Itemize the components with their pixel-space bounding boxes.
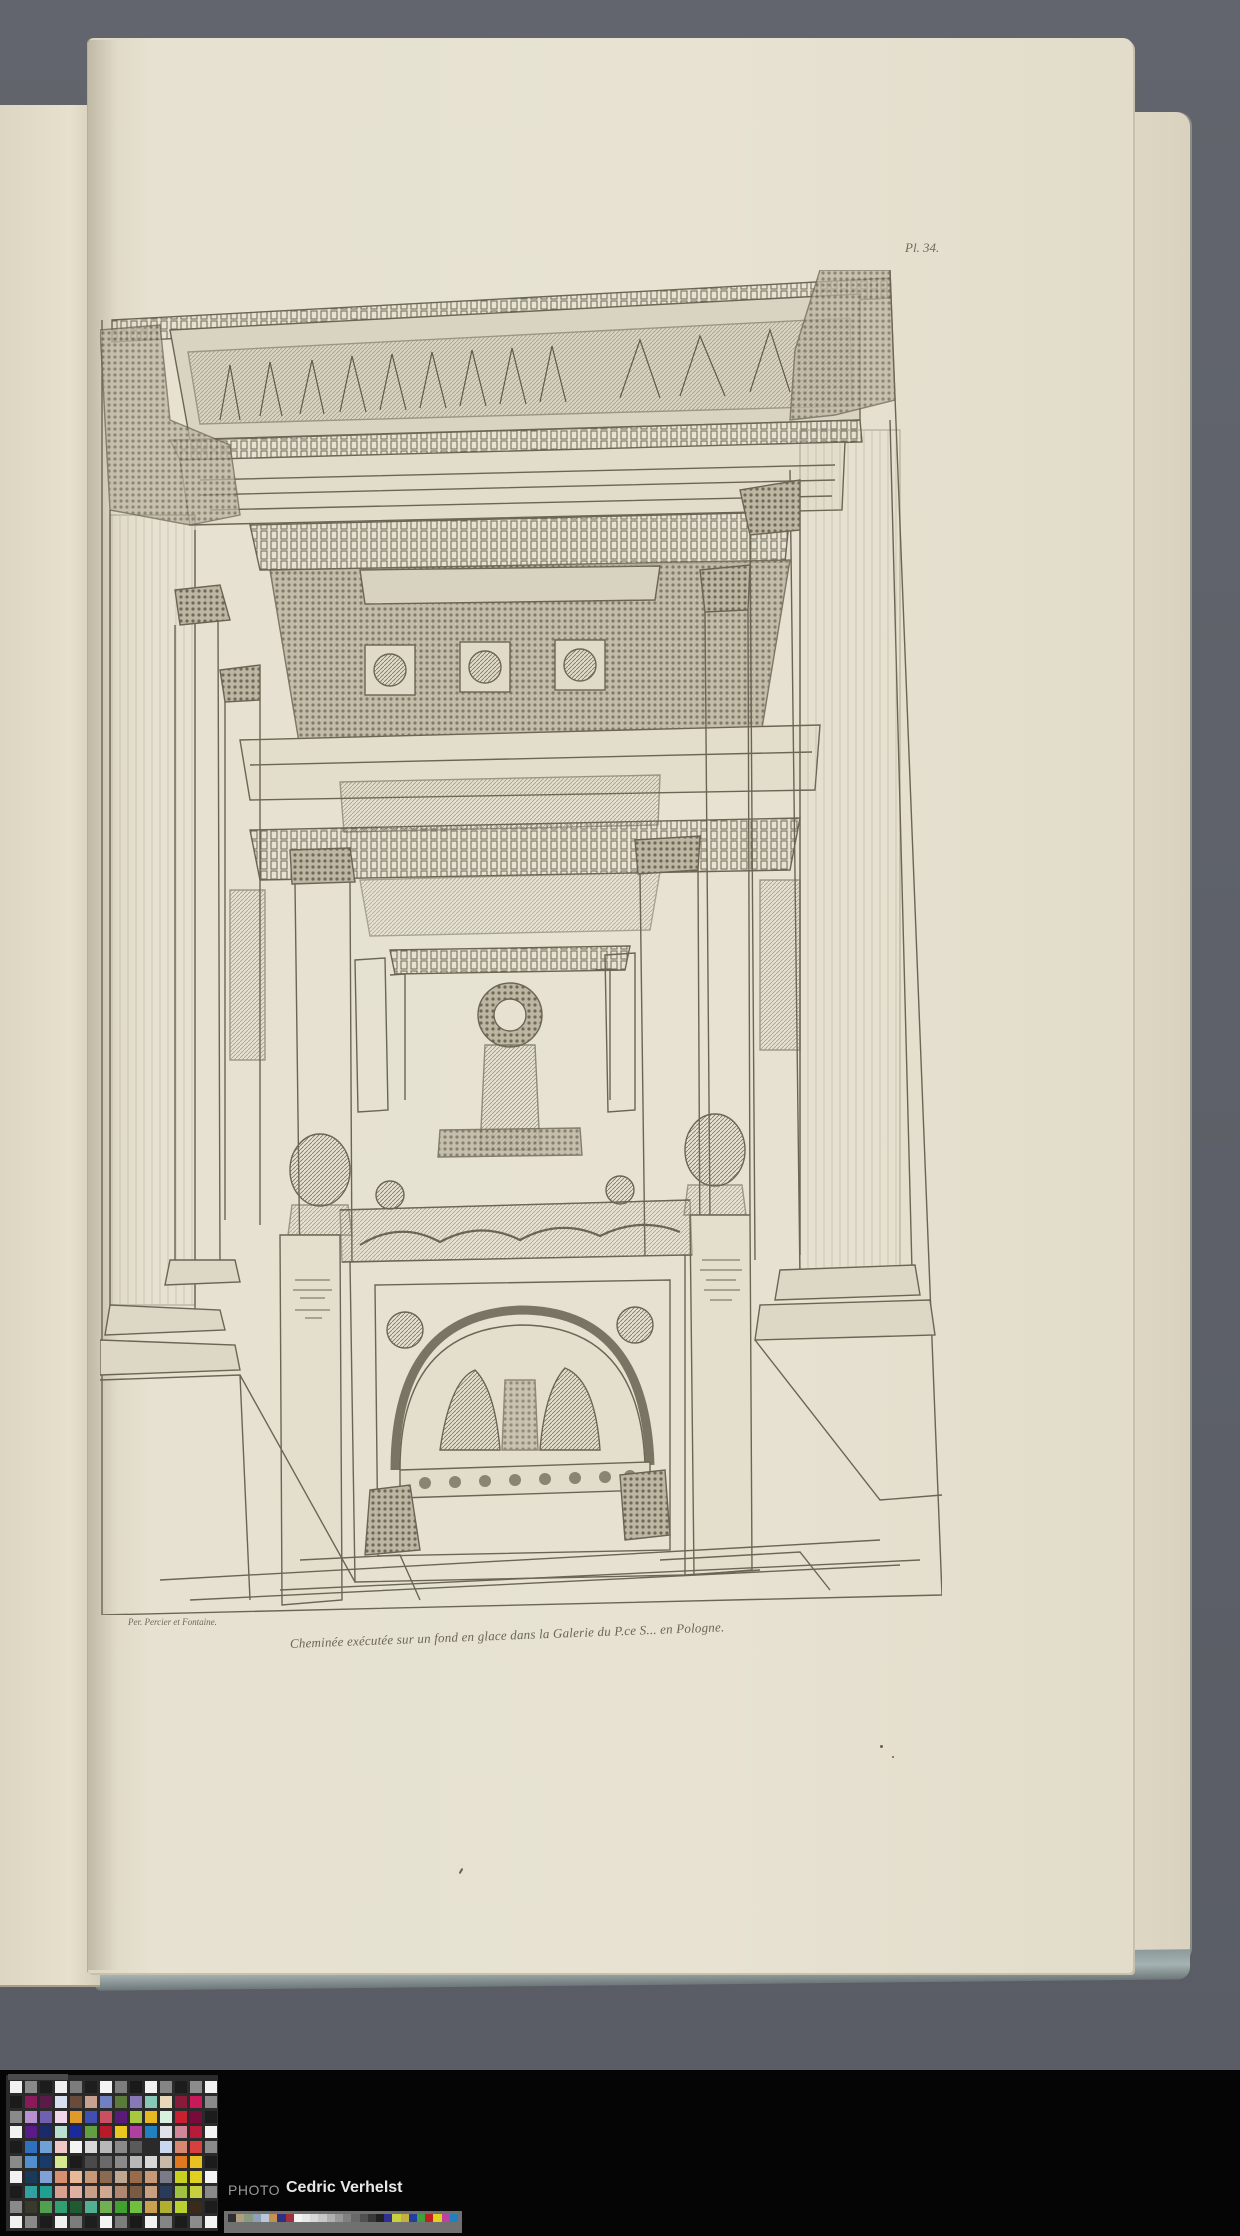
gray-scale-patch [327, 2214, 335, 2222]
color-patch [115, 2096, 127, 2108]
color-patch [160, 2201, 172, 2213]
color-patch [145, 2126, 157, 2138]
gray-scale-patch [401, 2214, 409, 2222]
color-patch [130, 2216, 142, 2228]
color-patch [85, 2081, 97, 2093]
color-patch [25, 2081, 37, 2093]
color-patch [40, 2201, 52, 2213]
color-patch [175, 2126, 187, 2138]
color-patch [145, 2186, 157, 2198]
color-patch [145, 2081, 157, 2093]
color-patch [70, 2111, 82, 2123]
color-patch [115, 2171, 127, 2183]
gray-scale-patch [318, 2214, 326, 2222]
color-patch [85, 2141, 97, 2153]
color-patch [85, 2156, 97, 2168]
gray-scale-patch [294, 2214, 302, 2222]
color-patch [85, 2096, 97, 2108]
color-patch [145, 2141, 157, 2153]
gray-scale-patch [244, 2214, 252, 2222]
color-patch [10, 2126, 22, 2138]
color-patch [190, 2111, 202, 2123]
color-patch [55, 2141, 67, 2153]
color-patch [175, 2156, 187, 2168]
color-patch [100, 2156, 112, 2168]
color-patch [70, 2141, 82, 2153]
color-patch [130, 2201, 142, 2213]
gray-scale-patch [360, 2214, 368, 2222]
gray-scale-patch [409, 2214, 417, 2222]
color-patch [100, 2171, 112, 2183]
color-patch [40, 2171, 52, 2183]
color-patch [145, 2201, 157, 2213]
gray-scale-patch [302, 2214, 310, 2222]
color-patch [190, 2126, 202, 2138]
color-patch [130, 2186, 142, 2198]
color-patch [10, 2186, 22, 2198]
color-patch [160, 2111, 172, 2123]
gray-scale-patch [442, 2214, 450, 2222]
color-patch [10, 2081, 22, 2093]
color-patch [85, 2186, 97, 2198]
plate-number: Pl. 34. [905, 240, 939, 256]
color-patch [55, 2186, 67, 2198]
gray-scale-patch [261, 2214, 269, 2222]
color-patch [205, 2201, 217, 2213]
color-patch [55, 2201, 67, 2213]
gray-scale-patch [368, 2214, 376, 2222]
color-patch [130, 2141, 142, 2153]
color-patch [70, 2096, 82, 2108]
color-patch [130, 2111, 142, 2123]
color-patch [160, 2141, 172, 2153]
color-patch [205, 2081, 217, 2093]
color-patch [100, 2216, 112, 2228]
color-patch [100, 2141, 112, 2153]
color-patch [145, 2216, 157, 2228]
color-patch [175, 2096, 187, 2108]
color-patch [55, 2096, 67, 2108]
color-patch [55, 2156, 67, 2168]
color-patch [55, 2111, 67, 2123]
color-patch [190, 2141, 202, 2153]
engraving-plate [100, 270, 942, 1615]
color-patch [85, 2126, 97, 2138]
gray-scale-patch [351, 2214, 359, 2222]
color-patch [130, 2156, 142, 2168]
color-patch [100, 2111, 112, 2123]
color-patch [70, 2186, 82, 2198]
color-patch [25, 2186, 37, 2198]
color-patch [85, 2171, 97, 2183]
color-patch [175, 2171, 187, 2183]
color-patch [10, 2141, 22, 2153]
color-patch [25, 2156, 37, 2168]
color-patch [70, 2201, 82, 2213]
color-patch [115, 2126, 127, 2138]
color-target-label [8, 2074, 68, 2080]
color-patch [115, 2111, 127, 2123]
color-patch [115, 2141, 127, 2153]
color-patch [190, 2081, 202, 2093]
color-patch [25, 2216, 37, 2228]
paper-foxing-spot [892, 1756, 894, 1758]
gray-scale-patch [450, 2214, 458, 2222]
color-patch [25, 2096, 37, 2108]
color-patch [85, 2201, 97, 2213]
color-patch [175, 2081, 187, 2093]
color-patch [145, 2171, 157, 2183]
color-patch [190, 2096, 202, 2108]
color-patch [10, 2171, 22, 2183]
gray-scale-patch [425, 2214, 433, 2222]
color-patch [10, 2201, 22, 2213]
photo-credit-label: PHOTO [228, 2182, 280, 2198]
gray-scale-patch [392, 2214, 400, 2222]
color-patch [190, 2156, 202, 2168]
color-patch [190, 2171, 202, 2183]
gray-scale-patch [384, 2214, 392, 2222]
color-patch [25, 2141, 37, 2153]
color-patch [115, 2081, 127, 2093]
color-patch [85, 2111, 97, 2123]
gray-scale-patch [277, 2214, 285, 2222]
color-patch [100, 2096, 112, 2108]
gray-scale-patch [286, 2214, 294, 2222]
color-patch [70, 2171, 82, 2183]
color-patch [145, 2156, 157, 2168]
left-page-verso [0, 105, 100, 1987]
color-patch [100, 2081, 112, 2093]
color-patch [115, 2186, 127, 2198]
color-patch [115, 2216, 127, 2228]
color-patch [70, 2156, 82, 2168]
color-patch [70, 2216, 82, 2228]
color-patch [205, 2156, 217, 2168]
color-patch [205, 2126, 217, 2138]
color-patch [175, 2141, 187, 2153]
color-patch [10, 2096, 22, 2108]
color-patch [40, 2156, 52, 2168]
color-patch [205, 2096, 217, 2108]
color-patch [40, 2111, 52, 2123]
color-patch [160, 2171, 172, 2183]
gray-scale-patch [417, 2214, 425, 2222]
color-patch [25, 2111, 37, 2123]
color-patch [55, 2171, 67, 2183]
color-patch [130, 2171, 142, 2183]
color-patch [40, 2081, 52, 2093]
paper-foxing-spot [880, 1745, 883, 1748]
color-patch [205, 2171, 217, 2183]
color-patch [160, 2216, 172, 2228]
color-patch [175, 2186, 187, 2198]
color-patch [160, 2126, 172, 2138]
color-patch [145, 2096, 157, 2108]
color-patch [25, 2201, 37, 2213]
gray-scale-patches [228, 2214, 458, 2222]
color-patch [205, 2141, 217, 2153]
color-patch-grid [10, 2081, 217, 2228]
color-patch [40, 2126, 52, 2138]
photographer-name: Cedric Verhelst [286, 2179, 403, 2197]
gray-scale-patch [310, 2214, 318, 2222]
color-patch [175, 2111, 187, 2123]
color-patch [25, 2126, 37, 2138]
color-patch [175, 2201, 187, 2213]
gray-scale-patch [335, 2214, 343, 2222]
gray-scale-patch [376, 2214, 384, 2222]
gray-scale-patch [269, 2214, 277, 2222]
color-patch [100, 2126, 112, 2138]
color-patch [85, 2216, 97, 2228]
color-patch [40, 2096, 52, 2108]
gray-scale-patch [253, 2214, 261, 2222]
color-patch [100, 2201, 112, 2213]
color-patch [130, 2126, 142, 2138]
color-patch [55, 2216, 67, 2228]
color-patch [115, 2201, 127, 2213]
color-patch [175, 2216, 187, 2228]
color-patch [70, 2126, 82, 2138]
engraver-credit: Per. Percier et Fontaine. [128, 1617, 217, 1627]
gray-scale-patch [343, 2214, 351, 2222]
engraving-illustration [100, 270, 942, 1615]
color-patch [10, 2156, 22, 2168]
gray-scale-patch [228, 2214, 236, 2222]
color-patch [10, 2111, 22, 2123]
color-patch [55, 2126, 67, 2138]
color-patch [145, 2111, 157, 2123]
color-patch [160, 2186, 172, 2198]
gray-scale-patch [236, 2214, 244, 2222]
color-patch [40, 2186, 52, 2198]
color-patch [205, 2186, 217, 2198]
color-patch [190, 2201, 202, 2213]
color-patch [55, 2081, 67, 2093]
color-patch [160, 2081, 172, 2093]
color-patch [160, 2156, 172, 2168]
color-patch [160, 2096, 172, 2108]
color-patch [190, 2216, 202, 2228]
color-patch [10, 2216, 22, 2228]
color-patch [130, 2096, 142, 2108]
color-patch [40, 2141, 52, 2153]
color-patch [130, 2081, 142, 2093]
color-patch [205, 2216, 217, 2228]
color-patch [25, 2171, 37, 2183]
color-patch [40, 2216, 52, 2228]
gray-scale-patch [433, 2214, 441, 2222]
color-patch [115, 2156, 127, 2168]
color-patch [100, 2186, 112, 2198]
color-patch [70, 2081, 82, 2093]
color-patch [205, 2111, 217, 2123]
color-patch [190, 2186, 202, 2198]
